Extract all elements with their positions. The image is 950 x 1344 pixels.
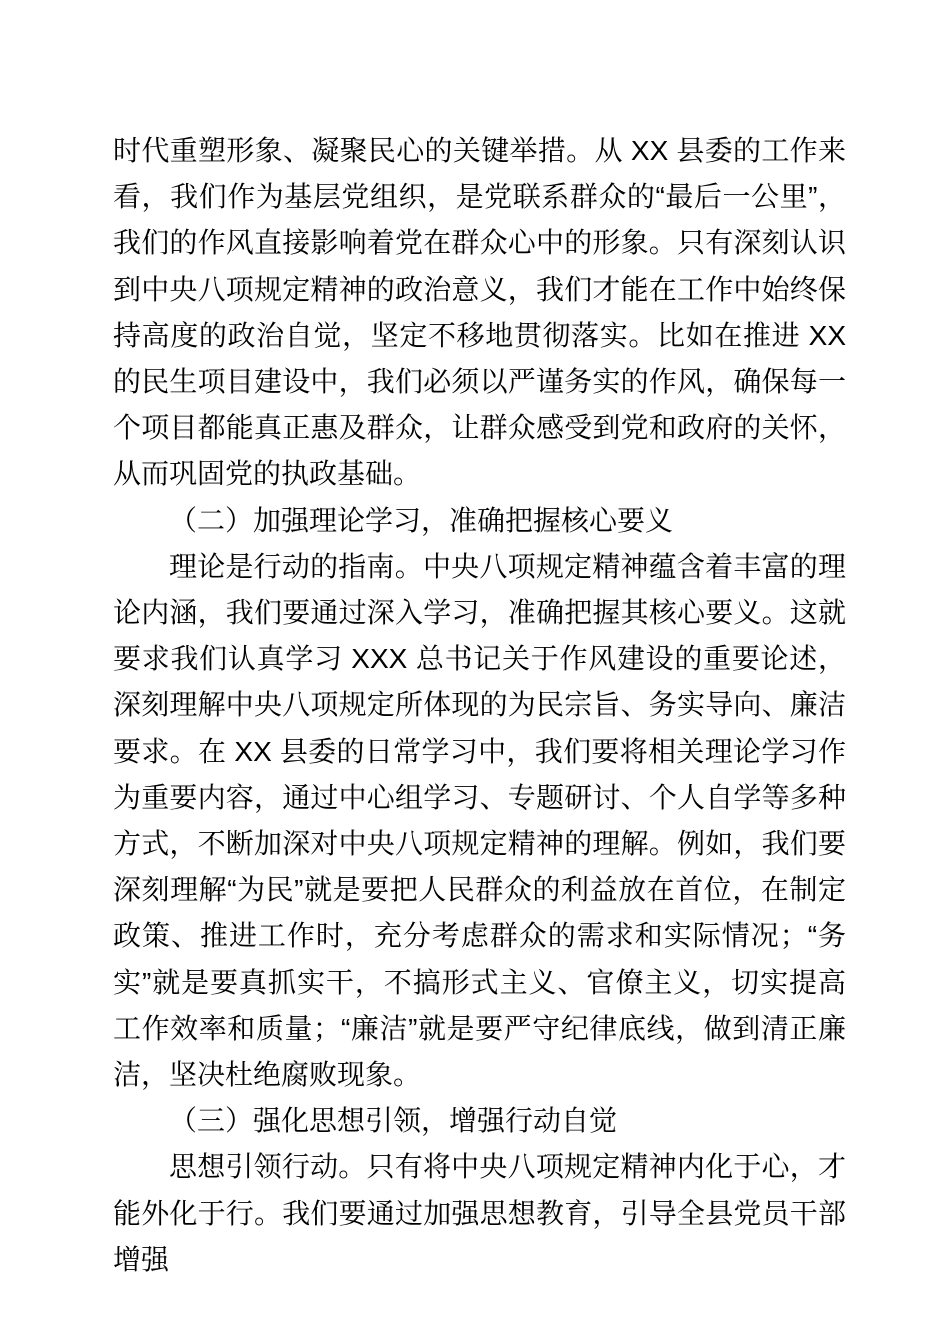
document-body: 时代重塑形象、凝聚民心的关键举措。从 XX 县委的工作来看，我们作为基层党组织，… — [113, 128, 846, 1283]
body-paragraph-theory-study: 理论是行动的指南。中央八项规定精神蕴含着丰富的理论内涵，我们要通过深入学习，准确… — [113, 544, 846, 1098]
body-paragraph-ideological-guidance: 思想引领行动。只有将中央八项规定精神内化于心，才能外化于行。我们要通过加强思想教… — [113, 1144, 846, 1283]
body-paragraph-continuation: 时代重塑形象、凝聚民心的关键举措。从 XX 县委的工作来看，我们作为基层党组织，… — [113, 128, 846, 498]
section-heading-2: （二）加强理论学习，准确把握核心要义 — [113, 498, 846, 544]
document-page: 时代重塑形象、凝聚民心的关键举措。从 XX 县委的工作来看，我们作为基层党组织，… — [0, 0, 950, 1344]
section-heading-3: （三）强化思想引领，增强行动自觉 — [113, 1098, 846, 1144]
